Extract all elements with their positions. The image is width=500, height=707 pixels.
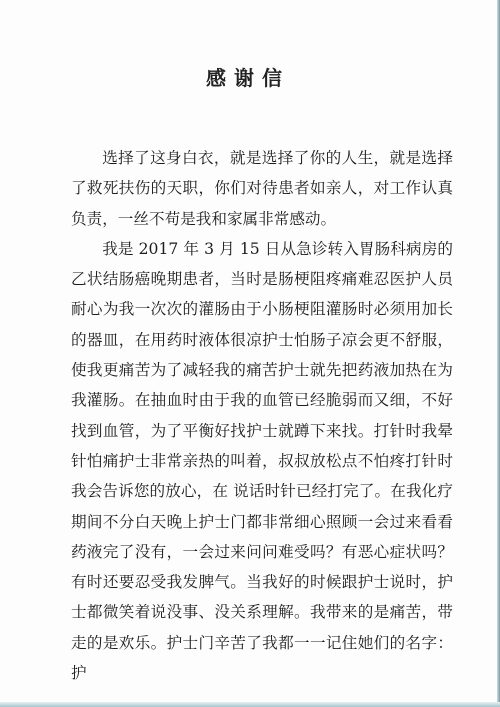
letter-title: 感谢信 — [0, 62, 496, 91]
page-edge-bottom — [0, 702, 500, 707]
paragraph-2: 我是 2017 年 3 月 15 日从急诊转入胃肠科病房的乙状结肠癌晚期患者，当… — [71, 234, 453, 688]
letter-page: 感谢信 选择了这身白衣，就是选择了你的人生，就是选择了救死扶伤的天职，你们对待患… — [0, 0, 496, 702]
letter-body: 选择了这身白衣，就是选择了你的人生，就是选择了救死扶伤的天职，你们对待患者如亲人… — [71, 143, 453, 688]
paragraph-1: 选择了这身白衣，就是选择了你的人生，就是选择了救死扶伤的天职，你们对待患者如亲人… — [71, 143, 453, 234]
